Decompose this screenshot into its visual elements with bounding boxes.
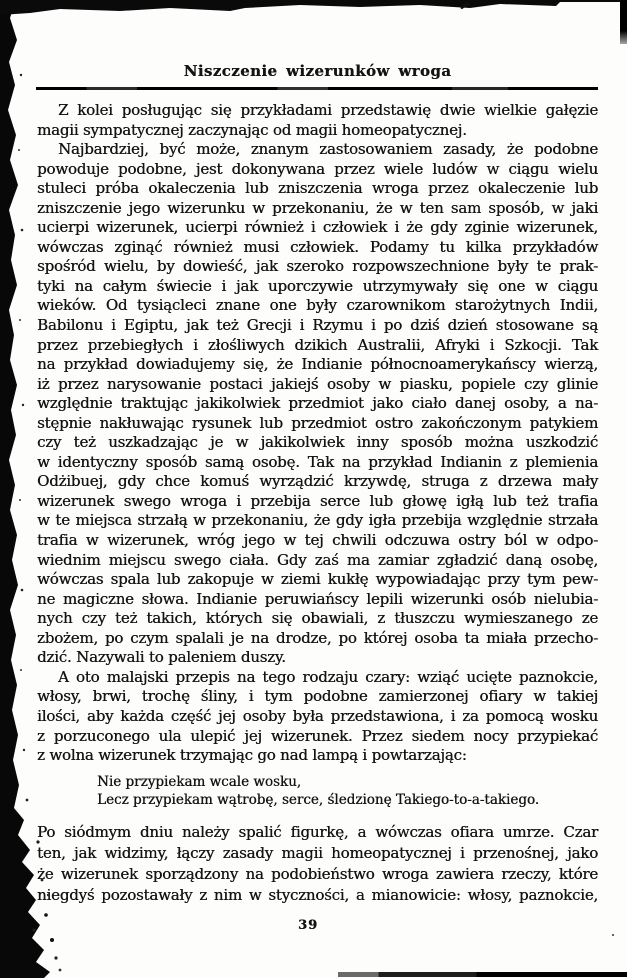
text-line: magii sympatycznej zaczynając od magii h… <box>37 121 598 141</box>
text-line: powoduje podobne, jest dokonywana przez … <box>37 160 598 180</box>
text-line: niegdyś pozostawały z nim w styczności, … <box>37 885 598 906</box>
text-block: Z kolei posługując się przykładami przed… <box>37 101 598 906</box>
paragraph-4: Po siódmym dniu należy spalić figurkę, a… <box>37 822 598 906</box>
text-line: wiednim miejscu swego ciała. Gdy zaś ma … <box>37 551 598 571</box>
text-line: A oto malajski przepis na tego rodzaju c… <box>37 668 598 688</box>
paragraph-2: Najbardziej, być może, znanym zastosowan… <box>37 140 598 668</box>
top-right-edge-artifact <box>620 0 627 44</box>
text-line: ilości, aby każda część jej osoby była p… <box>37 707 598 727</box>
text-line: spośród wielu, by dowieść, jak szeroko r… <box>37 257 598 277</box>
text-line: z porzuconego ula ulepić jej wizerunek. … <box>37 727 598 747</box>
text-line: przez przebiegłych i złośliwych dzikich … <box>37 336 598 356</box>
page-number: 39 <box>0 918 616 933</box>
text-line: ten, jak widzimy, łączy zasady magii hom… <box>37 843 598 864</box>
text-line: wówczas zginąć również musi człowiek. Po… <box>37 238 598 258</box>
scanned-book-page: Niszczenie wizerunków wroga Z kolei posł… <box>0 0 627 978</box>
text-line: czy też uszkadzając je w jakikolwiek inn… <box>37 433 598 453</box>
text-line: w te miejsca strzałą w przekonaniu, że g… <box>37 511 598 531</box>
text-line: wówczas spala lub zakopuje w ziemi kukłę… <box>37 570 598 590</box>
text-line: dzić. Nazywali to paleniem duszy. <box>37 648 598 668</box>
text-line: stuleci próba okaleczenia lub zniszczeni… <box>37 179 598 199</box>
text-line: wizerunek swego wroga i przebija serce l… <box>37 492 598 512</box>
text-line: Najbardziej, być może, znanym zastosowan… <box>37 140 598 160</box>
text-line: Nie przypiekam wcale wosku, <box>97 773 598 792</box>
speck-dot <box>612 934 614 936</box>
header-rule <box>36 87 598 90</box>
text-line: tyki na całym świecie i jak uporczywie u… <box>37 277 598 297</box>
text-line: Lecz przypiekam wątrobę, serce, śledzion… <box>97 791 598 810</box>
text-line: wieków. Od tysiącleci znane one były cza… <box>37 296 598 316</box>
running-header: Niszczenie wizerunków wroga <box>37 62 598 80</box>
text-line: Po siódmym dniu należy spalić figurkę, a… <box>37 822 598 843</box>
text-line: Odżibuej, gdy chce komuś wyrządzić krzyw… <box>37 472 598 492</box>
text-line: nych czy też takich, których się obawial… <box>37 609 598 629</box>
text-line: włosy, brwi, trochę śliny, i tym podobne… <box>37 687 598 707</box>
text-line: z wolna wizerunek trzymając go nad lampą… <box>37 746 598 766</box>
text-line: w identyczny sposób samą osobę. Tak na p… <box>37 453 598 473</box>
text-line: Z kolei posługując się przykładami przed… <box>37 101 598 121</box>
text-line: względnie traktując jakikolwiek przedmio… <box>37 394 598 414</box>
top-tick-mark-artifact <box>460 2 470 10</box>
bottom-scan-bar-artifact <box>338 972 627 977</box>
text-line: ne magiczne słowa. Indianie peruwiańscy … <box>37 590 598 610</box>
text-line: iż przez narysowanie postaci jakiejś oso… <box>37 375 598 395</box>
verse-block: Nie przypiekam wcale wosku,Lecz przypiek… <box>97 773 598 810</box>
text-line: ucierpi wizerunek, ucierpi również i czł… <box>37 218 598 238</box>
text-line: trafia w wizerunek, wróg jego w tej chwi… <box>37 531 598 551</box>
text-line: Babilonu i Egiptu, jak też Grecji i Rzym… <box>37 316 598 336</box>
text-line: na przykład dowiadujemy się, że Indianie… <box>37 355 598 375</box>
text-line: że wizerunek sporządzony na podobieństwo… <box>37 864 598 885</box>
text-line: stępnie nakłuwając rysunek lub przedmiot… <box>37 414 598 434</box>
paragraph-1: Z kolei posługując się przykładami przed… <box>37 101 598 140</box>
text-line: zniszczenie jego wizerunku w przekonaniu… <box>37 199 598 219</box>
text-line: zbożem, po czym spalali je na drodze, po… <box>37 629 598 649</box>
paragraph-3: A oto malajski przepis na tego rodzaju c… <box>37 668 598 766</box>
